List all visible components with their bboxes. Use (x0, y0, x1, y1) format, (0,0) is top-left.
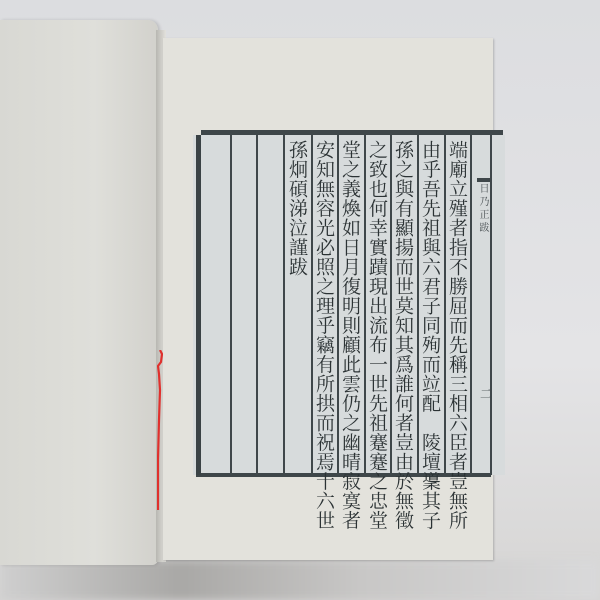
text-column-6: 安知無容光必照之理乎竊有所拱而祝焉十六世 (313, 140, 335, 530)
text-column-3: 孫之與有顯揚而世莫知其爲誰何者豈由於無徵 (392, 140, 414, 530)
left-page (0, 20, 158, 565)
fold-fish-tail (477, 178, 491, 182)
column-rule (230, 135, 232, 475)
text-column-2: 由乎吾先祖與六君子同殉而竝配 陵壇䆃其子 (419, 140, 441, 530)
text-column-5: 堂之義煥如日月復明則顧此雲仍之幽晴寂寞者 (339, 140, 361, 530)
column-rule (490, 135, 492, 475)
page-number: 二 (480, 385, 492, 402)
frame-left-border (196, 135, 201, 475)
column-rule (256, 135, 258, 475)
table-surface (0, 560, 600, 600)
column-rule (470, 135, 472, 475)
frame-top-border (201, 130, 503, 135)
text-column-4: 之致也何幸實蹟現出流布一世先祖蹇蹇之忠堂 (366, 140, 388, 530)
text-column-7: 孫炯碩涕泣謹跋 (286, 140, 308, 277)
text-column-1: 端廟立殣者指不勝屈而先稱三相六臣者豈無所 (446, 140, 468, 530)
fold-column-title: 日乃正跋 (478, 183, 490, 353)
column-rule (283, 135, 285, 475)
